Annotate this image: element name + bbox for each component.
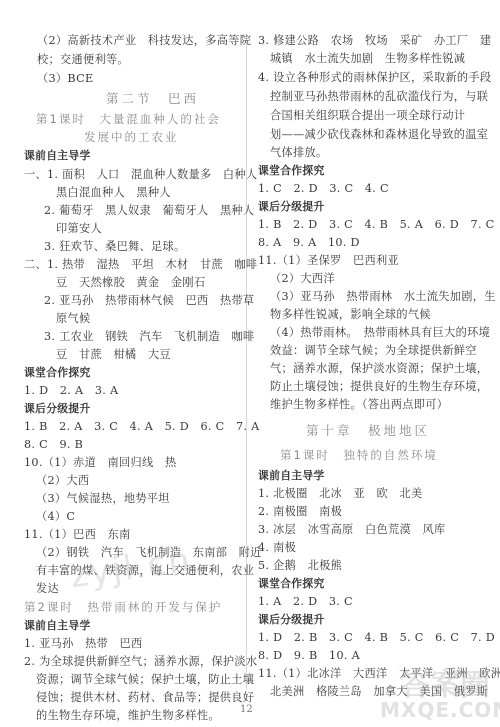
section-heading: 第1课时 独特的自然环境 <box>280 448 438 462</box>
answer-line: 1. 北极圈 北冰 亚 欧 北美 <box>258 487 422 501</box>
subsection-heading: 课前自主导学 <box>258 469 325 483</box>
subsection-heading: 课后分级提升 <box>258 200 325 214</box>
answer-line: 校；交通便利等。 <box>37 53 129 67</box>
answer-line: 1. A 2. D 3. C <box>258 595 353 609</box>
answer-line: 1. C 2. D 3. C 4. C <box>258 182 389 196</box>
answer-line: 11.（1）圣保罗 巴西利亚 <box>258 254 399 268</box>
answer-line: （2）大西 <box>36 474 89 488</box>
section-heading: 第二节 巴西 <box>106 92 199 106</box>
answer-line: 2. 亚马孙 热带雨林气候 巴西 热带草 <box>44 294 254 308</box>
answer-line: 黑白混血种人 黑种人 <box>56 186 171 200</box>
answer-line: 控制亚马孙热带雨林的乱砍滥伐行为，与联 <box>270 90 488 104</box>
answer-line: 8. C 9. B <box>24 438 83 452</box>
subsection-heading: 课堂合作探究 <box>258 164 325 178</box>
section-heading: 第1课时 大量混血种人的社会 <box>36 112 221 126</box>
page-number: 12 <box>240 704 253 715</box>
answer-line: 发达 <box>36 582 59 596</box>
subsection-heading: 课前自主导学 <box>24 619 91 633</box>
answer-line: 3. 修建公路 农场 牧场 采矿 办工厂 建 <box>258 34 491 48</box>
subsection-heading: 课堂合作探究 <box>258 577 325 591</box>
answer-line: 原气候 <box>56 312 90 326</box>
answer-line: 2. 葡萄牙 黑人奴隶 葡萄牙人 黑种人 <box>44 204 254 218</box>
answer-line: （2）大西洋 <box>270 272 335 286</box>
answer-line: 1. D 2. A 3. A <box>24 384 118 398</box>
answer-line: （2）钢铁 汽车 飞机制造 东南部 附近 <box>36 546 262 560</box>
answer-line: 印第安人 <box>56 222 102 236</box>
answer-line: 城镇 水土流失加剧 生物多样性锐减 <box>270 52 465 66</box>
answer-line: 3. 工农业 钢铁 汽车 飞机制造 咖啡 <box>44 330 254 344</box>
answer-line: 2. 为全球提供新鲜空气；涵养水源，保护淡水 <box>24 655 257 669</box>
answer-line: 3. 冰层 冰雪高原 白色荒漠 风库 <box>258 523 445 537</box>
answer-line: 的生物生存环境，维护生物多样性。 <box>36 709 220 723</box>
answer-line: 10.（1）赤道 南回归线 热 <box>24 456 176 470</box>
answer-line: 物多样性锐减，影响全球的气候 <box>270 308 431 322</box>
answer-line: 11.（1）巴西 东南 <box>24 528 131 542</box>
subsection-heading: 课后分级提升 <box>258 613 325 627</box>
answer-line: 气体排放。 <box>270 146 327 160</box>
answer-line: 资源；调节全球气候；保护土壤，防止土壤 <box>36 673 254 687</box>
answer-line: （4）热带雨林。 热带雨林具有巨大的环境 <box>270 326 490 340</box>
answer-line: 维护生物多样性。（答出两点即可） <box>270 398 448 412</box>
answer-line: 2. 南极圈 南极 <box>258 505 342 519</box>
answer-line: 一、1. 面积 人口 混血种人数量多 白种人 <box>24 168 257 182</box>
answer-line: 8. A 9. A 10. D <box>258 236 360 250</box>
column-divider <box>246 34 247 689</box>
answer-line: 豆 甘蔗 柑橘 大豆 <box>56 348 171 362</box>
answer-line: 4. 南极 <box>258 541 296 555</box>
answer-line: 1. B 2. A 3. C 4. A 5. D 6. C 7. A <box>24 420 260 434</box>
answer-line: 4. 设立各种形式的雨林保护区，采取新的手段 <box>258 71 491 85</box>
answer-line: （2）高新技术产业 科技发达，多高等院 <box>37 34 251 48</box>
answer-line: 豆 天然橡胶 黄金 金刚石 <box>56 276 205 290</box>
answer-line: 气；涵养水源，保护淡水资源；保护土壤， <box>270 362 488 376</box>
answer-line: 划——减少砍伐森林和森林退化导致的温室 <box>270 128 488 142</box>
section-heading: 第2课时 热带雨林的开发与保护 <box>24 600 222 614</box>
section-heading: 第十章 极地地区 <box>306 424 430 438</box>
answer-line: 1. 亚马孙 热带 巴西 <box>24 637 143 651</box>
answer-line: 侵蚀；提供木材、药材、食品等；提供良好 <box>36 691 254 705</box>
watermark-url: MXQE.COM <box>380 698 500 722</box>
answer-line: 二、1. 热带 湿热 平坦 木材 甘蔗 咖啡 <box>24 258 257 272</box>
answer-line: 5. 企鹅 北极熊 <box>258 559 342 573</box>
answer-line: （3）气候湿热，地势平坦 <box>36 492 170 506</box>
answer-line: 1. B 2. D 3. C 4. B 5. A 6. D 7. C <box>258 218 495 232</box>
answer-line: （3）亚马孙 热带雨林 水土流失加剧，生 <box>270 290 496 304</box>
answer-line: 8. D 9. B 10. A <box>258 649 360 663</box>
answer-line: 合国相关组织联合提出一项全球行动计 <box>270 109 465 123</box>
section-heading: 发展中的工农业 <box>84 130 179 144</box>
answer-line: （3）BCE <box>37 72 93 86</box>
subsection-heading: 课后分级提升 <box>24 402 91 416</box>
answer-line: 有丰富的煤、铁资源，海上交通便利，农业 <box>36 564 254 578</box>
answer-line: 1. D 2. B 3. C 4. B 5. C 6. C 7. D <box>258 631 495 645</box>
answer-line: （4）C <box>36 510 75 524</box>
subsection-heading: 课堂合作探究 <box>24 366 91 380</box>
answer-line: 防止土壤侵蚀；提供良好的生物生存环境， <box>270 380 488 394</box>
answer-line: 北美洲 格陵兰岛 加拿大 美国 俄罗斯 <box>270 685 488 699</box>
answer-line: 效益：调节全球气候；为全球提供新鲜空 <box>270 344 477 358</box>
subsection-heading: 课前自主导学 <box>24 149 91 163</box>
answer-line: 3. 狂欢节、桑巴舞、足球。 <box>44 240 186 254</box>
answer-line: 11.（1）北冰洋 大西洋 太平洋 亚洲 欧洲 <box>258 667 500 681</box>
